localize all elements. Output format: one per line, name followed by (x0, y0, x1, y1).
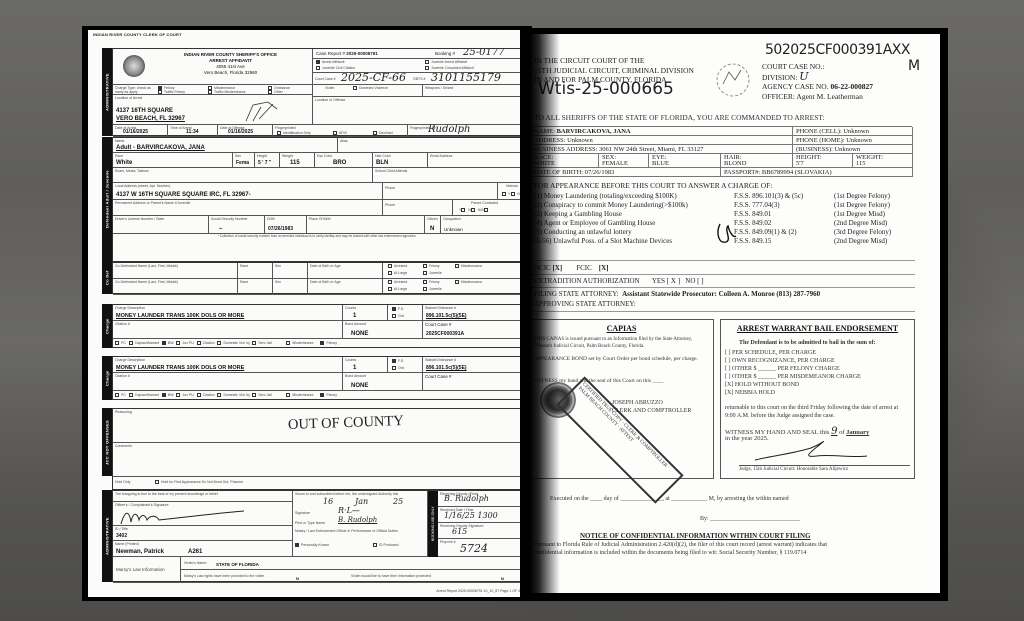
obts-label: OBTS # (413, 77, 425, 81)
checkbox-ord[interactable] (392, 314, 396, 318)
checkbox-traffic-felony[interactable] (158, 90, 162, 94)
type-label: Juvenile Complaint Affidavit (431, 66, 474, 70)
parent-contacted-label: Parent Contacted (471, 201, 498, 205)
eye-label: Eye Color (317, 154, 332, 158)
checkbox[interactable] (455, 280, 459, 284)
checkbox[interactable] (115, 393, 119, 397)
flag-label: Citation (203, 341, 215, 345)
divider (530, 260, 915, 261)
flag-label: PC (121, 393, 126, 397)
victim-protect-text: Victim would like to have their informat… (351, 574, 431, 578)
flag-label: Capias/Warrant (135, 393, 159, 397)
judge-signature-icon (751, 438, 871, 464)
alias-label: Alias (340, 139, 348, 143)
checkbox[interactable] (388, 280, 392, 284)
bail-option[interactable]: [X] HOLD WITHOUT BOND (725, 381, 861, 389)
oath-text: The foregoing is true to the best of my … (115, 492, 218, 496)
checkbox[interactable] (423, 280, 427, 284)
option-label: Misdemeanor (461, 280, 482, 284)
bail-option[interactable]: [ ] PER SCHEDULE, PER CHARGE (725, 349, 861, 357)
subject-table: NAME: BARVIRCAKOVA, JANA PHONE (CELL): U… (530, 126, 912, 174)
section-tab-defendant: Defendant Adult / Juvenile (102, 137, 112, 262)
codefendant-sex-label: Sex (275, 264, 281, 268)
weight-cell: Weight 115 (280, 153, 315, 168)
location-of-offense-label: Location of Offense (315, 98, 345, 102)
codefendant-sex-label: Sex (275, 280, 281, 284)
charge-type-option: Traffic Misdemeanor (214, 90, 246, 94)
checkbox[interactable] (388, 287, 392, 291)
checkbox[interactable] (461, 208, 465, 212)
filing-attorney-row: FILING STATE ATTORNEY: Assistant Statewi… (534, 290, 820, 298)
charge-statute: F.S.S. 849.09(1) & (2) (734, 228, 797, 236)
officer-id: 3402 (116, 533, 127, 539)
hair-value: BLOND (724, 161, 789, 167)
location-of-arrest-line1: 4137 16TH SQUARE (116, 108, 173, 114)
veteran-cell: Veteran Y N (498, 183, 521, 200)
checkbox[interactable] (115, 341, 119, 345)
bond-value: NONE (351, 383, 368, 389)
warrant-page: IN THE CIRCUIT COURT OF THE 15TH JUDICIA… (530, 34, 940, 593)
bail-option[interactable]: [X] NEBBIA HOLD (725, 389, 861, 397)
checkbox[interactable] (423, 287, 427, 291)
school-label: School Child Attends (375, 169, 407, 173)
flag-label: Domestic Viol Inj (223, 393, 249, 397)
time-of-arrest: 11:34 (186, 129, 199, 135)
charge-desc-label: Charge Description (115, 306, 145, 310)
option-label: Felony (429, 264, 440, 268)
pinpoint-handwritten: 5724 (460, 542, 488, 555)
fingerprinted-by-handwritten: Rudolph (428, 125, 470, 135)
statute-label: Statute/Ordinance # (425, 358, 456, 362)
extradition-no: NO [ ] (685, 277, 703, 285)
divider (530, 287, 915, 288)
permanent-address-cell: Permanent Address or Parent's Name if Ju… (113, 200, 383, 216)
fcic-value: [X] (599, 264, 609, 272)
checkbox-fs[interactable] (392, 359, 396, 363)
checkbox-personally-known[interactable] (295, 543, 299, 547)
ssn-cell: Social Security Number – (209, 216, 265, 234)
victim-protect-value: N (501, 576, 504, 581)
section-tab-administrative: ADMINISTRATIVE (102, 48, 112, 136)
weapons-label: Weapons / Seized (425, 86, 453, 90)
veteran-label: Veteran (506, 184, 518, 188)
option-label: At Large (394, 271, 407, 275)
citation-label: Citation # (115, 322, 130, 326)
checkbox[interactable] (320, 393, 324, 397)
phone-label: Phone (385, 203, 395, 207)
statute-value: 896.101.5c(5)(5E) (426, 313, 467, 319)
bail-option[interactable]: [ ] OTHER $ ______ PER MISDEMEANOR CHARG… (725, 373, 861, 381)
ord-label: Ord (398, 366, 404, 370)
reasoning-label: Reasoning (115, 410, 132, 414)
signature-block: The foregoing is true to the best of my … (112, 490, 522, 582)
checkbox[interactable] (316, 60, 320, 64)
bond-label: Bond Amount (345, 374, 366, 378)
charge-flags-row: PC Capias/Warrant BW Juv PU Citation Dom… (115, 393, 521, 397)
passport-label: PASSPORT#: (724, 169, 760, 176)
charge-statute: F.S.S. 777.04(3) (734, 201, 780, 209)
charge-flags-row: PC Capias/Warrant BW Juv PU Citation Dom… (115, 341, 521, 345)
flag-label: Domestic Viol Inj (223, 341, 249, 345)
weight-value: 115 (856, 161, 909, 167)
charge-degree: (3rd Degree Felony) (834, 228, 891, 236)
fingerprinted-cell: Fingerprinted Identification Only AFIS D… (273, 125, 408, 137)
divider (530, 274, 915, 275)
clerk-title: CLERK AND COMPTROLLER (612, 408, 691, 414)
business-address: 3061 NW 24th Street, Miami, FL 33127 (599, 146, 703, 153)
pob-label: Place Of Birth (309, 217, 331, 221)
bail-title: ARREST WARRANT BAIL ENDORSEMENT (721, 324, 914, 333)
charge-statute: F.S.S. 896.101(3) & (5c) (734, 192, 803, 200)
option-label: Juvenile (429, 287, 442, 291)
location-of-offense-cell: Location of Offense (313, 97, 521, 125)
citizen-label: Citizen (427, 217, 438, 221)
officer-label: OFFICER: (762, 92, 795, 101)
case-report-row: Case Report # 2025-00008791 Booking # 25… (313, 49, 521, 59)
bail-options: [ ] PER SCHEDULE, PER CHARGE [ ] OWN REC… (725, 349, 861, 397)
race-label: Race (115, 154, 123, 158)
checkbox[interactable] (388, 271, 392, 275)
arrest-command: TO ALL SHERIFFS OF THE STATE OF FLORIDA,… (534, 113, 825, 122)
charge-description: MONEY LAUNDER TRANS 100K DOLS OR MORE (116, 365, 244, 371)
checkbox[interactable] (286, 341, 290, 345)
agency-header: INDIAN RIVER COUNTY SHERIFF'S OFFICE ARR… (113, 49, 313, 85)
eye-value: BRO (333, 160, 346, 166)
extradition-yes: YES [ X ] (652, 277, 680, 285)
sex-label: Sex (235, 154, 241, 158)
bail-option[interactable]: [ ] OWN RECOGNIZANCE, PER CHARGE (725, 357, 861, 365)
fs-label: F.S. (398, 359, 404, 363)
charge-degree: (1st Degree Felony) (834, 201, 890, 209)
checkbox[interactable] (176, 341, 180, 345)
checkbox-fs[interactable] (392, 307, 396, 311)
officer-signature-icon (119, 508, 249, 526)
checkbox[interactable] (197, 341, 201, 345)
option-label: Arrested (394, 280, 407, 284)
id-label: ID / Title (115, 527, 128, 531)
header-block: INDIAN RIVER COUNTY SHERIFF'S OFFICE ARR… (112, 48, 522, 136)
fingerprint-option: AFIS (339, 131, 347, 135)
returnable-text: returnable to this court on the third Fr… (725, 404, 910, 420)
agency-case-number: 06-22-000827 (830, 82, 873, 91)
print-name-handwritten: B. Rudolph (338, 516, 377, 524)
charge-block-1: Charge Description MONEY LAUNDER TRANS 1… (112, 304, 522, 348)
court-case-label: Court Case # (315, 77, 336, 81)
sworn-day: 16 (323, 497, 333, 506)
defendant-block: Name Adult - BARVIRCAKOVA, JANA Alias Ra… (112, 137, 522, 262)
flag-label: BW (168, 393, 174, 397)
flag-label: Citation (203, 393, 215, 397)
place-of-birth-cell: Place Of Birth (307, 216, 425, 234)
checkbox[interactable] (162, 341, 166, 345)
by-line: By: ______________________________ (700, 516, 800, 522)
fingerprint-option: Declined (379, 131, 393, 135)
page-fold-shadow (530, 34, 560, 593)
affidavit-page: INDIAN RIVER COUNTY CLERK OF COURT ADMIN… (88, 30, 526, 597)
codefendant-block: Co-Defendant Name (Last, First, Middle) … (112, 262, 522, 294)
scars-cell: Scars, Marks, Tattoos (113, 168, 373, 183)
section-tab-admin: ADMINISTRATIVE (102, 490, 112, 582)
court-case-label: Court Case # (425, 374, 452, 379)
dob-cell: DOB 07/26/1983 (265, 216, 307, 234)
date-of-offense-cell: Date of Offense 01/16/2025 (218, 125, 273, 137)
flag-label: Serv Jail (258, 393, 271, 397)
date-of-offense: 01/16/2025 (228, 129, 253, 135)
court-case-handwritten: 2025-CF-66 (341, 73, 406, 84)
ssn-label: Social Security Number (211, 217, 248, 221)
sworn-month: Jan (355, 497, 368, 506)
checkbox-hold[interactable] (155, 480, 159, 484)
checkbox-domestic-violence[interactable] (353, 86, 357, 90)
checkbox-ord[interactable] (392, 366, 396, 370)
signature-scribble-icon (243, 99, 283, 123)
checkbox[interactable] (316, 66, 320, 70)
comments-cell: Comments (113, 443, 521, 477)
bail-endorsement-box: ARREST WARRANT BAIL ENDORSEMENT The Defe… (720, 319, 915, 479)
witness-day: 9 (831, 426, 837, 437)
type-label: Juvenile Arrest Affidavit (431, 60, 467, 64)
checkbox[interactable] (388, 264, 392, 268)
court-case-value: 2025CF000391A (426, 331, 464, 337)
checkbox[interactable] (197, 393, 201, 397)
statute-value: 896.101.5c(5)(5E) (426, 365, 467, 371)
checkbox[interactable] (471, 208, 475, 212)
eye-value: BLUE (652, 161, 717, 167)
sheriff-seal-icon (123, 55, 145, 77)
section-tab-charge-1: Charge (102, 304, 112, 348)
receiving-signature-handwritten: 615 (452, 527, 467, 536)
location-of-arrest-line2: VERO BEACH, FL 32967 (116, 116, 185, 122)
sex-value: FEMALE (602, 161, 645, 167)
checkbox[interactable] (252, 341, 256, 345)
checkbox[interactable] (286, 393, 290, 397)
case-report-number: 2025-00008791 (346, 51, 378, 56)
booking-label: Booking # (435, 51, 455, 56)
option-label: Felony (429, 280, 440, 284)
charge-type-label: Charge Type: check as many as apply (115, 86, 151, 94)
officer-signature-cell: Officer's / Complainant's Signature (113, 502, 293, 526)
charge-type-option: Other (274, 90, 283, 94)
witness-of: of (839, 429, 844, 436)
charges-list: (1) Money Laundering (totaling/exceeding… (534, 192, 924, 252)
scars-label: Scars, Marks, Tattoos (115, 169, 149, 173)
drivers-license-cell: Driver's License Number / State (113, 216, 209, 234)
statute-label: Statute/Ordinance # (425, 306, 456, 310)
case-info: COURT CASE NO.: DIVISION: U AGENCY CASE … (762, 62, 873, 101)
codefendant-name-label: Co-Defendant Name (Last, First, Middle) (115, 280, 178, 284)
division-handwritten: U (799, 70, 808, 83)
permanent-address-label: Permanent Address or Parent's Name if Ju… (115, 201, 190, 205)
initials-scribble-icon (714, 220, 738, 248)
bail-intro: The Defendant is to be admitted to bail … (739, 340, 876, 346)
out-of-county-stamp: OUT OF COUNTY (288, 413, 404, 434)
checkbox[interactable] (333, 131, 337, 135)
counts-value: 1 (353, 313, 356, 319)
signature-label: Officer's / Complainant's Signature (115, 503, 169, 507)
name-printed-label: Name (Printed) (115, 542, 139, 546)
marsys-rights-text: Marsy's Law rights have been provided to… (184, 574, 264, 578)
charge-degree: (2nd Degree Misd) (834, 219, 887, 227)
race-cell: Race White (113, 153, 233, 168)
flag-label: Juv PU (182, 393, 193, 397)
weight-value: 115 (290, 160, 300, 166)
charge-desc-label: Charge Description (115, 358, 145, 362)
hold-cell: Hold Only Hold for First Appearance Do N… (113, 477, 521, 491)
victim-label: Victim (325, 86, 334, 90)
codefendant-race-label: Race (240, 264, 248, 268)
drivers-license-label: Driver's License Number / State (115, 217, 164, 221)
charge-degree: (1st Degree Felony) (834, 192, 890, 200)
phone-cell: Phone (383, 183, 498, 200)
ord-label: Ord (398, 314, 404, 318)
capias-text1: THIS CAPIAS is issued pursuant to an Inf… (534, 336, 709, 350)
citizen-value: N (430, 226, 434, 232)
checkbox[interactable] (455, 264, 459, 268)
checkbox-id-produced[interactable] (373, 543, 377, 547)
charge-type-option: Traffic Felony (164, 90, 185, 94)
flag-label: Felony (326, 341, 337, 345)
codefendant-status-opts: Arrested Felony Misdemeanor At Large Juv… (383, 263, 521, 279)
location-of-arrest-cell: Location of Arrest 4137 16TH SQUARE VERO… (113, 95, 313, 125)
bond-label: Bond Amount (345, 322, 366, 326)
clerk-certification-stamp: CERTIFIED TRUE COPY · CLERK & COMPTROLLE… (556, 376, 683, 503)
checkbox-veteran-no[interactable] (511, 192, 515, 196)
charge-statute: F.S.S. 849.01 (734, 210, 771, 218)
court-case-row: Court Case # 2025-CF-66 OBTS # 310115517… (313, 73, 521, 85)
dob-label: DOB (267, 217, 275, 221)
flag-label: Misdemeanor (292, 393, 313, 397)
print-name-label: Print or Type Name (295, 521, 325, 525)
weight-label: Weight (282, 154, 293, 158)
officer-name: Agent M. Leatherman (796, 92, 862, 101)
flag-label: BW (168, 341, 174, 345)
height-value: 5 ' 7 " (258, 160, 271, 166)
ssn-note: * Collection of social security number f… (113, 234, 521, 238)
affidavit-type-row: Arrest Affidavit Juvenile Civil Citation… (313, 59, 521, 73)
option-label: Juvenile (429, 271, 442, 275)
checkbox[interactable] (320, 341, 324, 345)
counts-value: 1 (353, 365, 356, 371)
executed-line: Executed on the ____ day of ____________… (550, 496, 789, 502)
local-address: 4137 W 16TH SQUARE SQUARE IRC, FL 32967- (116, 192, 251, 198)
checkbox[interactable] (484, 208, 488, 212)
checkbox-other[interactable] (268, 90, 272, 94)
victim-name-label: Victim's Name: (184, 561, 207, 565)
bond-value: NONE (351, 331, 368, 337)
option-label: Arrested (394, 264, 407, 268)
location-of-arrest-label: Location of Arrest (115, 96, 142, 100)
flag-label: PC (121, 341, 126, 345)
checkbox[interactable] (277, 131, 281, 135)
notice-text2: confidential information is included wit… (534, 550, 806, 556)
charge-degree: (1st Degree Misd) (834, 210, 885, 218)
height-label: Height (257, 154, 267, 158)
handwritten-m: M (908, 58, 920, 74)
section-tab-narrative: JCC NOT OFFENSES (102, 408, 112, 476)
height-value: 5'7 (796, 161, 849, 167)
section-tab-charge-2: Charge (102, 356, 112, 400)
option-label: Misdemeanor (461, 264, 482, 268)
receiving-deputy-handwritten: B. Rudolph (444, 494, 489, 503)
checkbox[interactable] (129, 341, 133, 345)
email-label: Email Address (430, 154, 452, 158)
charge-block-2: Charge Description MONEY LAUNDER TRANS 1… (112, 356, 522, 400)
parent-contacted-cell: Parent Contacted Y N N/A (453, 200, 521, 216)
sex-cell: Sex Fema (233, 153, 255, 168)
checkbox[interactable] (425, 66, 429, 70)
checkbox-veteran-yes[interactable] (502, 192, 506, 196)
phone2-cell: Phone (383, 200, 453, 216)
sworn-year: 25 (393, 497, 403, 506)
phone-home: PHONE (HOME): Unknown (793, 136, 913, 145)
checkbox[interactable] (425, 60, 429, 64)
agency-address2: Vero Beach, Florida 32960 (153, 70, 308, 76)
capias-text2: APPEARANCE BOND set by Court Order per b… (534, 356, 709, 363)
booking-use-only-tab: BOOKING USE ONLY (428, 491, 438, 557)
counts-label: Counts (345, 358, 356, 362)
reasoning-cell: Reasoning OUT OF COUNTY (113, 409, 521, 443)
arrest-warrant-document: IN THE CIRCUIT COURT OF THE 15TH JUDICIA… (520, 28, 948, 601)
checkbox[interactable] (373, 131, 377, 135)
citation-label: Citation # (115, 374, 130, 378)
notice-text1: Pursuant to Florida Rule of Judicial Adm… (534, 542, 827, 548)
marsys-law-label-cell: Marsy's Law Information (113, 557, 181, 583)
hair-color-cell: Hair Color BLN (373, 153, 428, 168)
affidavit-footer: Arrest Report 2025-00008791 10_10_87 Pag… (436, 589, 520, 593)
checkbox[interactable] (423, 264, 427, 268)
date-of-arrest-cell: Date of Arrest 01/16/2025 (113, 125, 168, 137)
checkbox[interactable] (162, 393, 166, 397)
checkbox[interactable] (252, 393, 256, 397)
checkbox[interactable] (176, 393, 180, 397)
notary-signature-label: Signature (295, 511, 310, 515)
occupation-cell: Occupation Unknown (441, 216, 521, 234)
narrative-block: Reasoning OUT OF COUNTY Comments Hold On… (112, 408, 522, 490)
subject-address: Unknown (567, 137, 593, 144)
sworn-cell: Sworn to and subscribed before me, the u… (293, 491, 428, 557)
marsys-rights-value: N (296, 576, 299, 581)
hair-value: BLN (376, 160, 388, 166)
checkbox-traffic-misd[interactable] (208, 90, 212, 94)
arrest-affidavit-document: INDIAN RIVER COUNTY CLERK OF COURT ADMIN… (82, 26, 532, 601)
section-tab-codefendants: Co Def (102, 262, 112, 294)
option-label: At Large (394, 287, 407, 291)
race-value: White (116, 160, 132, 166)
checkbox[interactable] (423, 271, 427, 275)
alias-cell: Alias (338, 138, 521, 153)
flag-label: Juv PU (182, 341, 193, 345)
checkbox[interactable] (217, 393, 221, 397)
judge-line: Judge, 15th Judicial Circuit: Honorable … (739, 465, 910, 472)
charge-type-row: Charge Type: check as many as apply Felo… (113, 85, 313, 95)
bail-option[interactable]: [ ] OTHER $ ______ PER FELONY CHARGE (725, 365, 861, 373)
marsys-law-label: Marsy's Law Information (116, 567, 165, 572)
officer-unit: A261 (188, 549, 202, 555)
handwritten-court-case: 502025CF000391AXX (765, 42, 910, 58)
checkbox[interactable] (129, 393, 133, 397)
email-cell: Email Address (428, 153, 521, 168)
booking-number-handwritten: 25-0177 (463, 49, 505, 58)
officer-name: Newman, Patrick (116, 549, 164, 555)
fingerprinted-by-cell: Fingerprinted By Rudolph (408, 125, 521, 137)
appearance-line: FOR APPEARANCE BEFORE THIS COURT TO ANSW… (534, 181, 772, 190)
defendant-name: Adult - BARVIRCAKOVA, JANA (116, 145, 205, 151)
charge-description: MONEY LAUNDER TRANS 100K DOLS OR MORE (116, 313, 244, 319)
obts-handwritten: 3101155179 (431, 73, 501, 84)
checkbox[interactable] (217, 341, 221, 345)
agency-case-label: AGENCY CASE NO. (762, 82, 829, 91)
counts-label: Counts (345, 306, 356, 310)
